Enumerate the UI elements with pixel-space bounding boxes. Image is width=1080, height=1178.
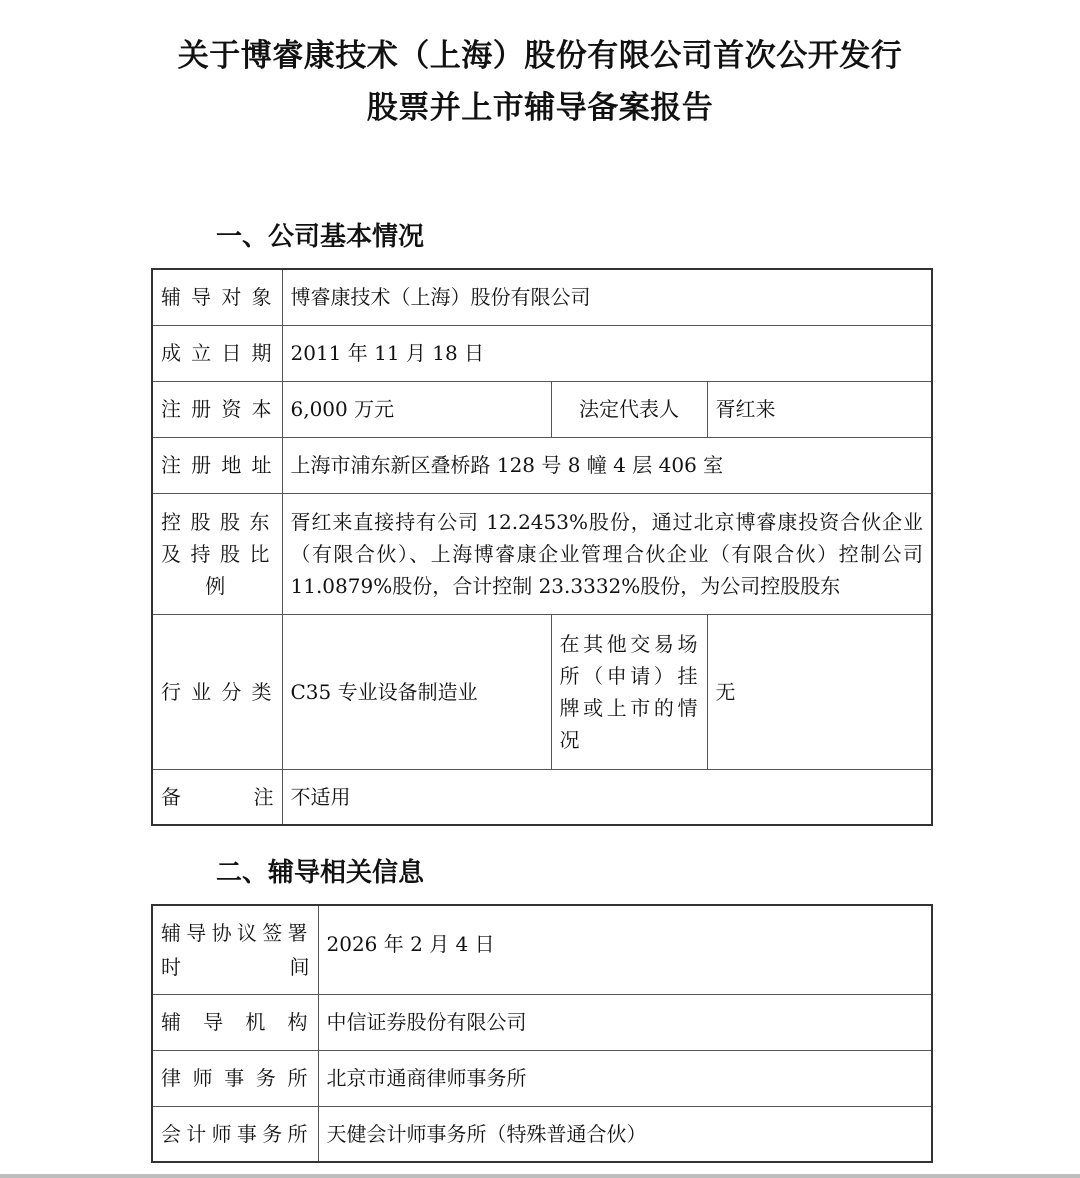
value-law-firm: 北京市通商律师事务所 [318, 1050, 932, 1106]
label-address: 注册地址 [152, 437, 282, 493]
company-basics-table: 辅导对象 博睿康技术（上海）股份有限公司 成立日期 2011 年 11 月 18… [151, 268, 933, 826]
label-agreement-l2-left: 时 [161, 950, 181, 984]
label-industry: 行业分类 [152, 614, 282, 769]
label-remarks-left: 备 [161, 781, 181, 813]
value-address: 上海市浦东新区叠桥路 128 号 8 幢 4 层 406 室 [282, 437, 932, 493]
section-heading-company-basics: 一、公司基本情况 [216, 216, 424, 253]
value-accounting: 天健会计师事务所（特殊普通合伙） [318, 1106, 932, 1162]
label-remarks: 备 注 [152, 769, 282, 825]
table-row-shareholder: 控股股东及持股比例 胥红来直接持有公司 12.2453%股份，通过北京博睿康投资… [152, 493, 932, 614]
label-law-firm: 律师事务所 [152, 1050, 318, 1106]
value-capital: 6,000 万元 [282, 381, 551, 437]
label-shareholder: 控股股东及持股比例 [152, 493, 282, 614]
label-remarks-right: 注 [254, 781, 274, 813]
table-row-established: 成立日期 2011 年 11 月 18 日 [152, 325, 932, 381]
section-heading-counseling-info: 二、辅导相关信息 [216, 852, 424, 889]
value-other-listing: 无 [707, 614, 932, 769]
value-legal-rep: 胥红来 [707, 381, 932, 437]
page-bottom-divider [0, 1174, 1080, 1178]
counseling-info-table: 辅导协议签署 时 间 2026 年 2 月 4 日 辅导机构 中信证券股份有限公… [151, 904, 933, 1163]
value-institution: 中信证券股份有限公司 [318, 994, 932, 1050]
label-institution: 辅导机构 [152, 994, 318, 1050]
document-title-line2: 股票并上市辅导备案报告 [0, 82, 1080, 127]
label-established: 成立日期 [152, 325, 282, 381]
value-established: 2011 年 11 月 18 日 [282, 325, 932, 381]
document-title-line1: 关于博睿康技术（上海）股份有限公司首次公开发行 [0, 30, 1080, 75]
table-row-law-firm: 律师事务所 北京市通商律师事务所 [152, 1050, 932, 1106]
label-accounting: 会计师事务所 [152, 1106, 318, 1162]
table-row-institution: 辅导机构 中信证券股份有限公司 [152, 994, 932, 1050]
label-legal-rep: 法定代表人 [551, 381, 707, 437]
value-industry: C35 专业设备制造业 [282, 614, 551, 769]
table-row-agreement: 辅导协议签署 时 间 2026 年 2 月 4 日 [152, 905, 932, 994]
table-row-accounting: 会计师事务所 天健会计师事务所（特殊普通合伙） [152, 1106, 932, 1162]
value-remarks: 不适用 [282, 769, 932, 825]
label-other-listing: 在其他交易场所（申请）挂牌或上市的情况 [551, 614, 707, 769]
label-agreement-l2-right: 间 [290, 950, 310, 984]
value-target: 博睿康技术（上海）股份有限公司 [282, 269, 932, 325]
value-agreement: 2026 年 2 月 4 日 [318, 905, 932, 994]
table-row-address: 注册地址 上海市浦东新区叠桥路 128 号 8 幢 4 层 406 室 [152, 437, 932, 493]
label-agreement-line1: 辅导协议签署 [161, 916, 310, 950]
label-target: 辅导对象 [152, 269, 282, 325]
table-row-industry: 行业分类 C35 专业设备制造业 在其他交易场所（申请）挂牌或上市的情况 无 [152, 614, 932, 769]
value-shareholder: 胥红来直接持有公司 12.2453%股份，通过北京博睿康投资合伙企业（有限合伙）… [282, 493, 932, 614]
table-row-capital: 注册资本 6,000 万元 法定代表人 胥红来 [152, 381, 932, 437]
label-capital: 注册资本 [152, 381, 282, 437]
table-row-target: 辅导对象 博睿康技术（上海）股份有限公司 [152, 269, 932, 325]
label-agreement: 辅导协议签署 时 间 [152, 905, 318, 994]
table-row-remarks: 备 注 不适用 [152, 769, 932, 825]
